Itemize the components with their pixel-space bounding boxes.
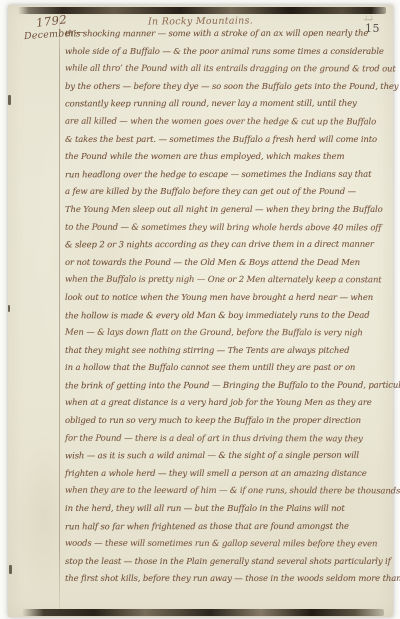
manuscript-line: are all killed — when the women goes ove… bbox=[65, 114, 387, 132]
manuscript-line: The Young Men sleep out all night in gen… bbox=[65, 202, 387, 220]
manuscript-line: Men — & lays down flatt on the Ground, b… bbox=[65, 325, 387, 343]
page-bottom-edge-shadow bbox=[22, 609, 384, 616]
manuscript-line: the hollow is made & every old Man & boy… bbox=[65, 307, 387, 325]
manuscript-line: stop the least — those in the Plain gene… bbox=[65, 554, 387, 572]
manuscript-line: that they might see nothing stirring — T… bbox=[65, 343, 387, 361]
edge-mark bbox=[8, 95, 11, 105]
manuscript-line: the Pound while the women are thus emplo… bbox=[65, 149, 387, 167]
manuscript-line: & sleep 2 or 3 nights according as they … bbox=[65, 237, 387, 255]
manuscript-line: constantly keep running all round, never… bbox=[65, 96, 387, 114]
manuscript-line: while all thro’ the Pound with all its e… bbox=[65, 61, 387, 79]
manuscript-line: frighten a whole herd — they will smell … bbox=[65, 466, 387, 484]
manuscript-line: whole side of a Buffalo — & the poor ani… bbox=[65, 44, 387, 62]
manuscript-line: a few are killed by the Buffalo before t… bbox=[65, 184, 387, 202]
edge-mark bbox=[8, 305, 10, 312]
manuscript-line: look out to notice when the Young men ha… bbox=[65, 290, 387, 308]
ruled-margin-line bbox=[59, 13, 60, 609]
manuscript-line: & takes the best part. — sometimes the B… bbox=[65, 132, 387, 150]
page-top-edge-shadow bbox=[18, 7, 386, 14]
manuscript-body: this shocking manner — some with a strok… bbox=[65, 26, 387, 589]
manuscript-page: In Rocky Mountains. 13 15 1792 December—… bbox=[8, 5, 393, 617]
manuscript-line: in a hollow that the Buffalo cannot see … bbox=[65, 360, 387, 378]
manuscript-line: to the Pound — & sometimes they will bri… bbox=[65, 219, 387, 237]
manuscript-line: the brink of getting into the Pound — Br… bbox=[65, 378, 387, 396]
manuscript-line: woods — these will sometimes run & gallo… bbox=[65, 536, 387, 554]
manuscript-line: for the Pound — there is a deal of art i… bbox=[65, 430, 387, 448]
edge-mark bbox=[9, 565, 12, 574]
manuscript-line: wish — as it is such a wild animal — & t… bbox=[65, 448, 387, 466]
manuscript-line: in the herd, they will all run — but the… bbox=[65, 501, 387, 519]
manuscript-line: by the others — before they dye — so soo… bbox=[65, 79, 387, 97]
manuscript-line: run headlong over the hedge to escape — … bbox=[65, 166, 387, 184]
manuscript-line: or not towards the Pound — the Old Men &… bbox=[65, 255, 387, 273]
manuscript-line: run half so far when frightened as those… bbox=[65, 518, 387, 536]
manuscript-line: when at a great distance is a very hard … bbox=[65, 395, 387, 413]
manuscript-line: this shocking manner — some with a strok… bbox=[65, 26, 387, 44]
manuscript-line: when they are to the leeward of him — & … bbox=[65, 483, 387, 501]
manuscript-line: the first shot kills, before they run aw… bbox=[65, 571, 387, 589]
manuscript-line: obliged to run so very much to keep the … bbox=[65, 413, 387, 431]
manuscript-line: when the Buffalo is pretty nigh — One or… bbox=[65, 272, 387, 290]
